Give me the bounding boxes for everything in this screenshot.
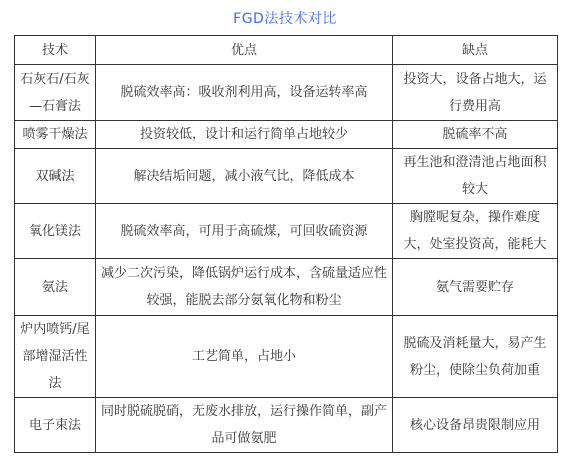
table-header-row: 技术 优点 缺点 [15,36,558,65]
header-pros: 优点 [96,36,393,65]
table-row: 氨法 减少二次污染，降低锅炉运行成本，含硫量适应性较强，能脱去部分氨氧化物和粉尘… [15,259,558,316]
cell-pros: 解决结垢问题，减小液气比，降低成本 [96,149,393,204]
cell-tech: 电子束法 [15,398,96,453]
cell-tech: 氧化镁法 [15,204,96,259]
cell-cons: 核心设备昂贵限制应用 [393,398,558,453]
cell-cons: 脱硫率不高 [393,121,558,149]
table-row: 喷雾干燥法 投资较低，设计和运行简单占地较少 脱硫率不高 [15,121,558,149]
fgd-comparison-table: 技术 优点 缺点 石灰石/石灰—石膏法 脱硫效率高：吸收剂利用高，设备运转率高 … [14,35,558,453]
header-cons: 缺点 [393,36,558,65]
cell-tech: 石灰石/石灰—石膏法 [15,65,96,121]
cell-tech: 炉内喷钙/尾部增湿活性法 [15,316,96,398]
cell-cons: 脱硫及消耗量大，易产生粉尘，使除尘负荷加重 [393,316,558,398]
cell-pros: 脱硫效率高：吸收剂利用高，设备运转率高 [96,65,393,121]
table-row: 电子束法 同时脱硫脱硝，无废水排放，运行操作简单，副产品可做氨肥 核心设备昂贵限… [15,398,558,453]
cell-tech: 喷雾干燥法 [15,121,96,149]
cell-pros: 脱硫效率高，可用于高硫煤，可回收硫资源 [96,204,393,259]
cell-cons: 再生池和澄清池占地面积较大 [393,149,558,204]
table-row: 炉内喷钙/尾部增湿活性法 工艺简单，占地小 脱硫及消耗量大，易产生粉尘，使除尘负… [15,316,558,398]
cell-tech: 双碱法 [15,149,96,204]
cell-pros: 减少二次污染，降低锅炉运行成本，含硫量适应性较强，能脱去部分氨氧化物和粉尘 [96,259,393,316]
page-title: FGD法技术对比 [0,0,570,28]
cell-tech: 氨法 [15,259,96,316]
cell-cons: 氨气需要贮存 [393,259,558,316]
document-page: FGD法技术对比 技术 优点 缺点 石灰石/石灰—石膏法 脱硫效率高：吸收剂利用… [0,0,570,456]
header-tech: 技术 [15,36,96,65]
cell-pros: 工艺简单，占地小 [96,316,393,398]
table-row: 石灰石/石灰—石膏法 脱硫效率高：吸收剂利用高，设备运转率高 投资大，设备占地大… [15,65,558,121]
table-row: 氧化镁法 脱硫效率高，可用于高硫煤，可回收硫资源 胸膛呢复杂，操作难度大，处室投… [15,204,558,259]
cell-pros: 投资较低，设计和运行简单占地较少 [96,121,393,149]
cell-cons: 投资大，设备占地大，运行费用高 [393,65,558,121]
cell-cons: 胸膛呢复杂，操作难度大，处室投资高，能耗大 [393,204,558,259]
table-row: 双碱法 解决结垢问题，减小液气比，降低成本 再生池和澄清池占地面积较大 [15,149,558,204]
cell-pros: 同时脱硫脱硝，无废水排放，运行操作简单，副产品可做氨肥 [96,398,393,453]
